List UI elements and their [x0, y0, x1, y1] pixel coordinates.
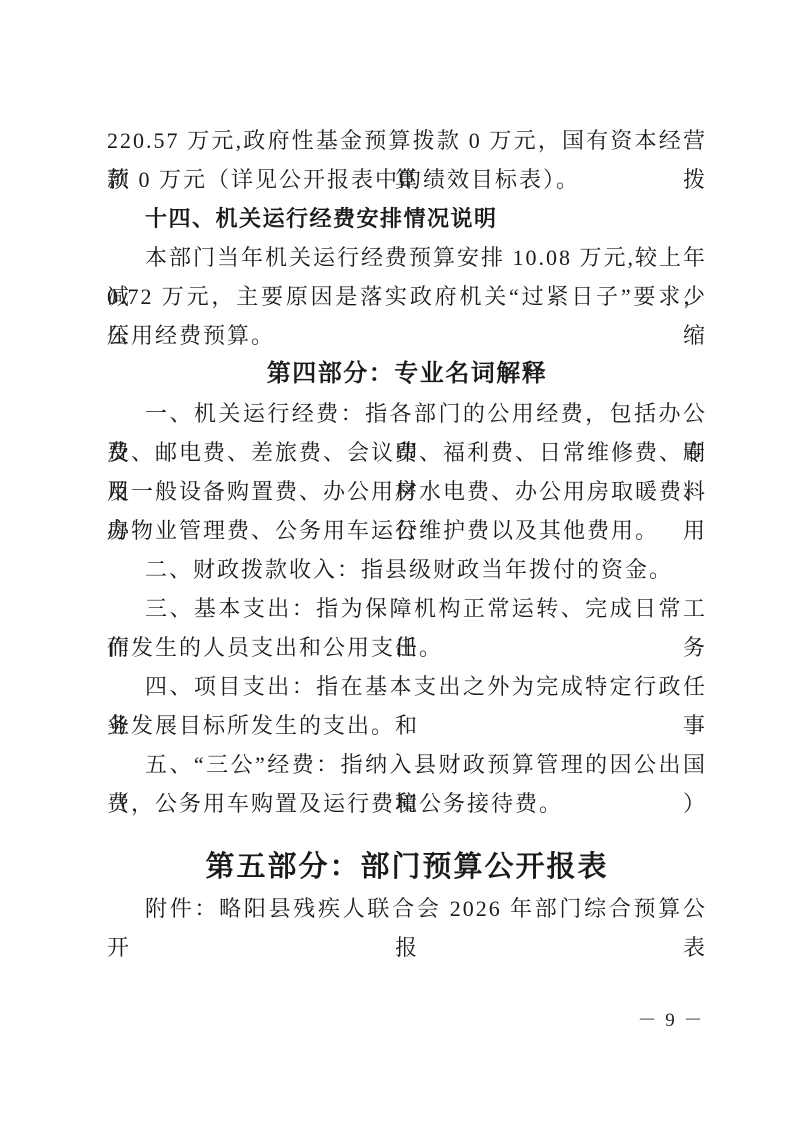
term-4-line: 四、项目支出：指在基本支出之外为完成特定行政任务和事	[107, 667, 707, 706]
section-14-paragraph-line: 本部门当年机关运行经费预算安排 10.08 万元,较上年减少	[107, 238, 707, 277]
term-1-line: 一、机关运行经费：指各部门的公用经费，包括办公及印刷	[107, 394, 707, 433]
term-1-line: 房物业管理费、公务用车运行维护费以及其他费用。	[107, 511, 707, 550]
document-page: 220.57 万元,政府性基金预算拨款 0 万元，国有资本经营预算拨 款 0 万…	[0, 0, 793, 1122]
attachment-line: 附件：略阳县残疾人联合会 2026 年部门综合预算公开报表	[107, 889, 707, 928]
part-4-heading: 第四部分：专业名词解释	[107, 355, 707, 394]
term-5-line: 五、“三公”经费：指纳入县财政预算管理的因公出国（境）	[107, 745, 707, 784]
section-14-heading: 十四、机关运行经费安排情况说明	[107, 199, 707, 238]
page-number: － 9 －	[596, 1005, 746, 1032]
term-2-line: 二、财政拨款收入：指县级财政当年拨付的资金。	[107, 550, 707, 589]
term-1-line: 费、邮电费、差旅费、会议费、福利费、日常维修费、专用材料	[107, 433, 707, 472]
part-5-heading: 第五部分：部门预算公开报表	[107, 845, 707, 889]
section-14-paragraph-line: 0.72 万元，主要原因是落实政府机关“过紧日子”要求，压缩	[107, 277, 707, 316]
intro-line: 220.57 万元,政府性基金预算拨款 0 万元，国有资本经营预算拨	[107, 121, 707, 160]
term-1-line: 及一般设备购置费、办公用房水电费、办公用房取暖费、办公用	[107, 472, 707, 511]
text-block: 220.57 万元,政府性基金预算拨款 0 万元，国有资本经营预算拨 款 0 万…	[107, 121, 707, 928]
term-3-line: 三、基本支出：指为保障机构正常运转、完成日常工作任务	[107, 589, 707, 628]
